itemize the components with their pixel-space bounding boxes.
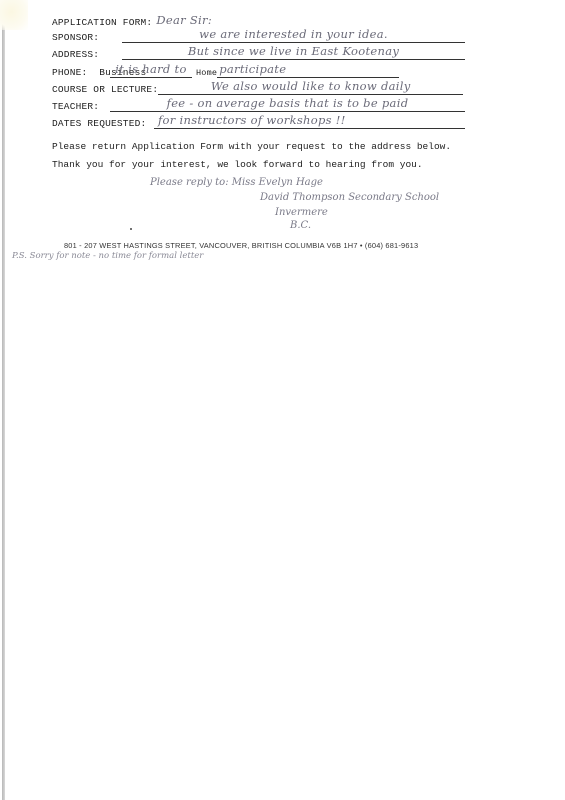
form-row-address: ADDRESS: But since we live in East Koote… [52, 44, 465, 60]
home-phone-field: participate [217, 63, 399, 78]
reply-note-line-1: Please reply to: Miss Evelyn Hage [150, 177, 323, 188]
form-row-dates: DATES REQUESTED: for instructors of work… [52, 113, 465, 129]
sponsor-field: we are interested in your idea. [122, 28, 465, 43]
dates-field: for instructors of workshops !! [154, 114, 465, 129]
handwritten-text: We also would like to know daily [158, 79, 463, 93]
teacher-field: fee - on average basis that is to be pai… [110, 97, 465, 112]
return-instructions: Please return Application Form with your… [52, 141, 451, 152]
form-row-course: COURSE OR LECTURE: We also would like to… [52, 79, 463, 95]
reply-note-line-2: David Thompson Secondary School [260, 192, 439, 203]
form-row-phone: PHONE: Business it is hard to Home parti… [52, 62, 399, 78]
reply-note-line-4: B.C. [290, 220, 311, 231]
handwritten-text: participate [219, 62, 399, 76]
handwritten-text: we are interested in your idea. [122, 27, 465, 41]
stray-mark [130, 228, 132, 230]
reply-note-line-3: Invermere [275, 207, 328, 218]
field-label: COURSE OR LECTURE: [52, 84, 158, 95]
page-scan-edge [2, 0, 5, 800]
handwritten-text: fee - on average basis that is to be pai… [110, 96, 465, 110]
ps-note: P.S. Sorry for note - no time for formal… [12, 251, 203, 261]
paper-stain [0, 0, 28, 30]
thank-you-text: Thank you for your interest, we look for… [52, 159, 423, 170]
form-row-sponsor: SPONSOR: we are interested in your idea. [52, 27, 465, 43]
field-label: DATES REQUESTED: [52, 118, 154, 129]
handwritten-text: But since we live in East Kootenay [122, 44, 465, 58]
course-field: We also would like to know daily [158, 80, 463, 95]
field-label: PHONE: Business [52, 67, 110, 78]
field-label: TEACHER: [52, 101, 110, 112]
form-row-teacher: TEACHER: fee - on average basis that is … [52, 96, 465, 112]
field-label: SPONSOR: [52, 32, 122, 43]
handwritten-text: for instructors of workshops !! [158, 113, 465, 127]
form-row-application: APPLICATION FORM: Dear Sir: [52, 12, 232, 28]
handwritten-text: it is hard to [110, 62, 192, 76]
field-label: Home [196, 68, 217, 78]
field-label: ADDRESS: [52, 49, 122, 60]
handwritten-text: Dear Sir: [156, 13, 232, 27]
address-field: But since we live in East Kootenay [122, 45, 465, 60]
business-phone-field: it is hard to [110, 63, 192, 78]
organization-address: 801 - 207 WEST HASTINGS STREET, VANCOUVE… [64, 241, 418, 250]
